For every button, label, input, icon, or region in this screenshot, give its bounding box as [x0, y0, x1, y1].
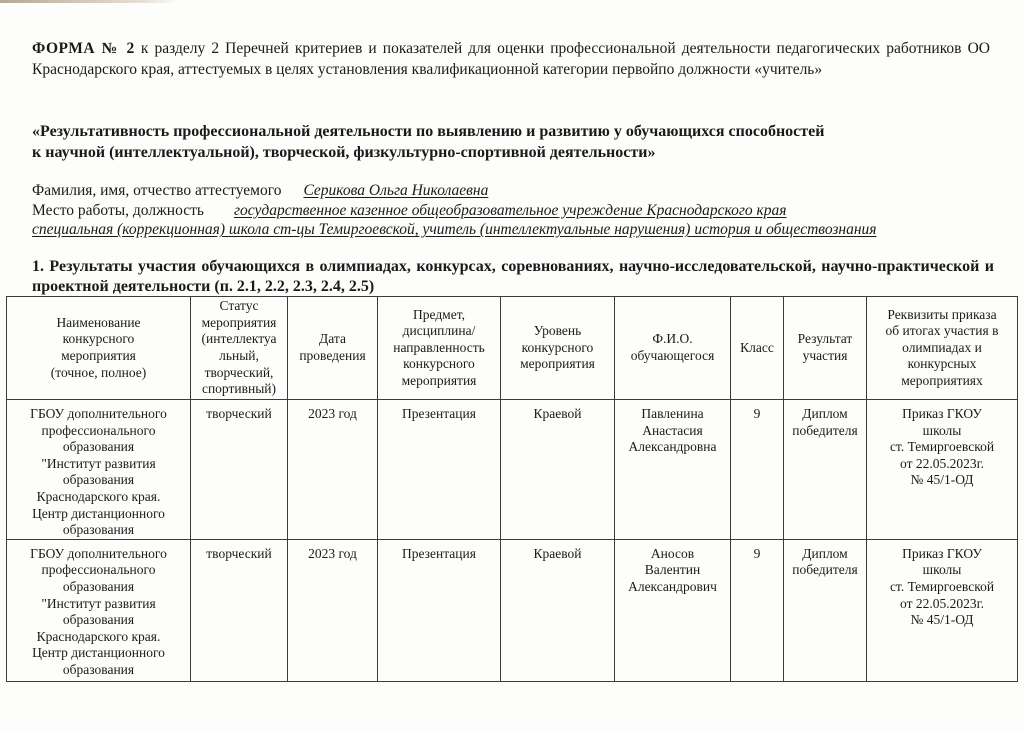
- cell-event-name: ГБОУ дополнительного профессионального о…: [7, 539, 191, 681]
- cell-event-status: творческий: [191, 400, 288, 540]
- cell-level: Краевой: [501, 539, 615, 681]
- title-line-2: к научной (интеллектуальной), творческой…: [32, 142, 992, 163]
- cell-grade: 9: [731, 539, 784, 681]
- cell-student-name: Аносов Валентин Александрович: [615, 539, 731, 681]
- applicant-info: Фамилия, имя, отчество аттестуемогоСерик…: [32, 181, 992, 240]
- title-line-1: «Результативность профессиональной деяте…: [32, 121, 992, 142]
- header-date: Дата проведения: [288, 297, 378, 400]
- form-intro-text: к разделу 2 Перечней критериев и показат…: [32, 40, 990, 78]
- header-subject: Предмет, дисциплина/ направленность конк…: [378, 297, 501, 400]
- scanned-document-page: ФОРМА № 2 к разделу 2 Перечней критериев…: [0, 0, 1024, 730]
- form-label: ФОРМА № 2: [32, 40, 135, 57]
- header-event-status: Статус мероприятия (интеллектуа льный, т…: [191, 297, 288, 400]
- cell-event-name: ГБОУ дополнительного профессионального о…: [7, 400, 191, 540]
- workplace-value-2: специальная (коррекционная) школа ст-цы …: [32, 221, 877, 238]
- cell-order-details: Приказ ГКОУ школы ст. Темиргоевской от 2…: [867, 400, 1018, 540]
- cell-result: Диплом победителя: [784, 539, 867, 681]
- scan-edge-artifact: [0, 0, 180, 3]
- header-student-name: Ф.И.О. обучающегося: [615, 297, 731, 400]
- header-level: Уровень конкурсного мероприятия: [501, 297, 615, 400]
- cell-subject: Презентация: [378, 539, 501, 681]
- fio-value: Серикова Ольга Николаевна: [303, 182, 488, 199]
- table-row: ГБОУ дополнительного профессионального о…: [7, 539, 1018, 681]
- table-header-row: Наименование конкурсного мероприятия (то…: [7, 297, 1018, 400]
- workplace-line: Место работы, должностьгосударственное к…: [32, 201, 992, 221]
- header-event-name: Наименование конкурсного мероприятия (то…: [7, 297, 191, 400]
- fio-label: Фамилия, имя, отчество аттестуемого: [32, 182, 281, 199]
- table-row: ГБОУ дополнительного профессионального о…: [7, 400, 1018, 540]
- workplace-label: Место работы, должность: [32, 202, 204, 219]
- form-intro-paragraph: ФОРМА № 2 к разделу 2 Перечней критериев…: [32, 38, 990, 80]
- workplace-value-1: государственное казенное общеобразовател…: [234, 202, 787, 219]
- workplace-line-2: специальная (коррекционная) школа ст-цы …: [32, 220, 992, 240]
- results-table: Наименование конкурсного мероприятия (то…: [6, 296, 1018, 682]
- section-heading: 1. Результаты участия обучающихся в олим…: [32, 257, 994, 297]
- cell-result: Диплом победителя: [784, 400, 867, 540]
- cell-date: 2023 год: [288, 400, 378, 540]
- cell-order-details: Приказ ГКОУ школы ст. Темиргоевской от 2…: [867, 539, 1018, 681]
- header-result: Результат участия: [784, 297, 867, 400]
- header-grade: Класс: [731, 297, 784, 400]
- cell-grade: 9: [731, 400, 784, 540]
- cell-level: Краевой: [501, 400, 615, 540]
- header-order-details: Реквизиты приказа об итогах участия в ол…: [867, 297, 1018, 400]
- cell-date: 2023 год: [288, 539, 378, 681]
- document-title: «Результативность профессиональной деяте…: [32, 121, 992, 163]
- fio-line: Фамилия, имя, отчество аттестуемогоСерик…: [32, 181, 992, 201]
- cell-event-status: творческий: [191, 539, 288, 681]
- cell-subject: Презентация: [378, 400, 501, 540]
- cell-student-name: Павленина Анастасия Александровна: [615, 400, 731, 540]
